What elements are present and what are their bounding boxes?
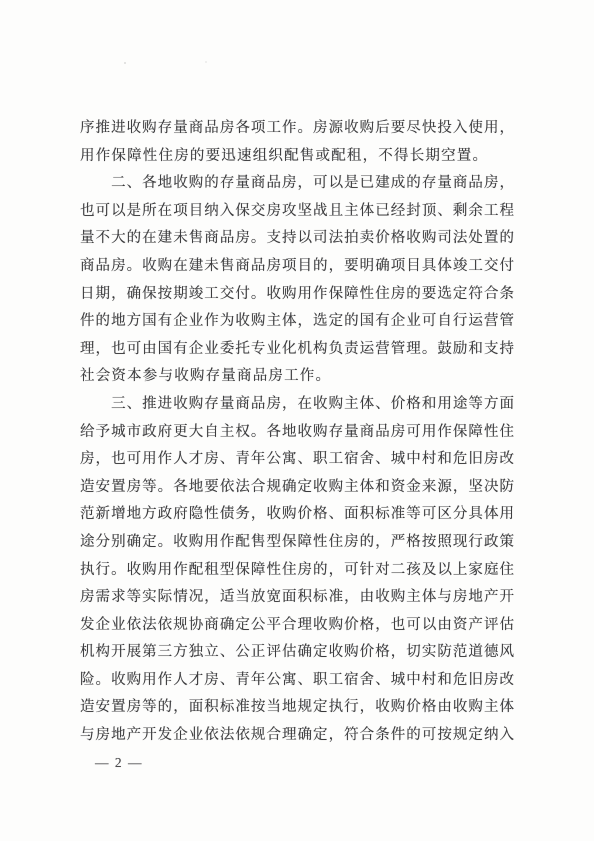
text-line: 社会资本参与收购存量商品房工作。: [80, 363, 514, 391]
text-line: 造安置房等。各地要依法合规确定收购主体和资金来源，坚决防: [80, 474, 514, 502]
text-line: 商品房。收购在建未售商品房项目的，要明确项目具体竣工交付: [80, 253, 514, 281]
text-line: 机构开展第三方独立、公正评估确定收购价格，切实防范道德风: [80, 639, 514, 667]
text-line: 与房地产开发企业依法依规合理确定，符合条件的可按规定纳入: [80, 722, 514, 750]
text-line: 发企业依法依规协商确定公平合理收购价格，也可以由资产评估: [80, 612, 514, 640]
text-line: 序推进收购存量商品房各项工作。房源收购后要尽快投入使用，: [80, 115, 514, 143]
text-line: 理，也可由国有企业委托专业化机构负责运营管理。鼓励和支持: [80, 336, 514, 364]
page-number: — 2 —: [95, 753, 143, 773]
document-page: 序推进收购存量商品房各项工作。房源收购后要尽快投入使用， 用作保障性住房的要迅速…: [0, 0, 594, 841]
document-body: 序推进收购存量商品房各项工作。房源收购后要尽快投入使用， 用作保障性住房的要迅速…: [80, 115, 514, 750]
text-line: 日期，确保按期竣工交付。收购用作保障性住房的要选定符合条: [80, 281, 514, 309]
text-line: 三、推进收购存量商品房，在收购主体、价格和用途等方面: [80, 391, 514, 419]
text-line: 用作保障性住房的要迅速组织配售或配租，不得长期空置。: [80, 143, 514, 171]
text-line: 执行。收购用作配租型保障性住房的，可针对二孩及以上家庭住: [80, 557, 514, 585]
text-line: 房，也可用作人才房、青年公寓、职工宿舍、城中村和危旧房改: [80, 446, 514, 474]
text-line: 二、各地收购的存量商品房，可以是已建成的存量商品房，: [80, 170, 514, 198]
text-line: 件的地方国有企业作为收购主体，选定的国有企业可自行运营管: [80, 308, 514, 336]
text-line: 给予城市政府更大自主权。各地收购存量商品房可用作保障性住: [80, 419, 514, 447]
scan-speck: [124, 62, 126, 64]
text-line: 房需求等实际情况，适当放宽面积标准，由收购主体与房地产开: [80, 584, 514, 612]
text-line: 范新增地方政府隐性债务，收购价格、面积标准等可区分具体用: [80, 501, 514, 529]
scan-speck: [205, 61, 207, 63]
text-line: 途分别确定。收购用作配售型保障性住房的，严格按照现行政策: [80, 529, 514, 557]
text-line: 险。收购用作人才房、青年公寓、职工宿舍、城中村和危旧房改: [80, 667, 514, 695]
text-line: 量不大的在建未售商品房。支持以司法拍卖价格收购司法处置的: [80, 225, 514, 253]
text-line: 也可以是所在项目纳入保交房攻坚战且主体已经封顶、剩余工程: [80, 198, 514, 226]
text-line: 造安置房等的，面积标准按当地规定执行，收购价格由收购主体: [80, 694, 514, 722]
